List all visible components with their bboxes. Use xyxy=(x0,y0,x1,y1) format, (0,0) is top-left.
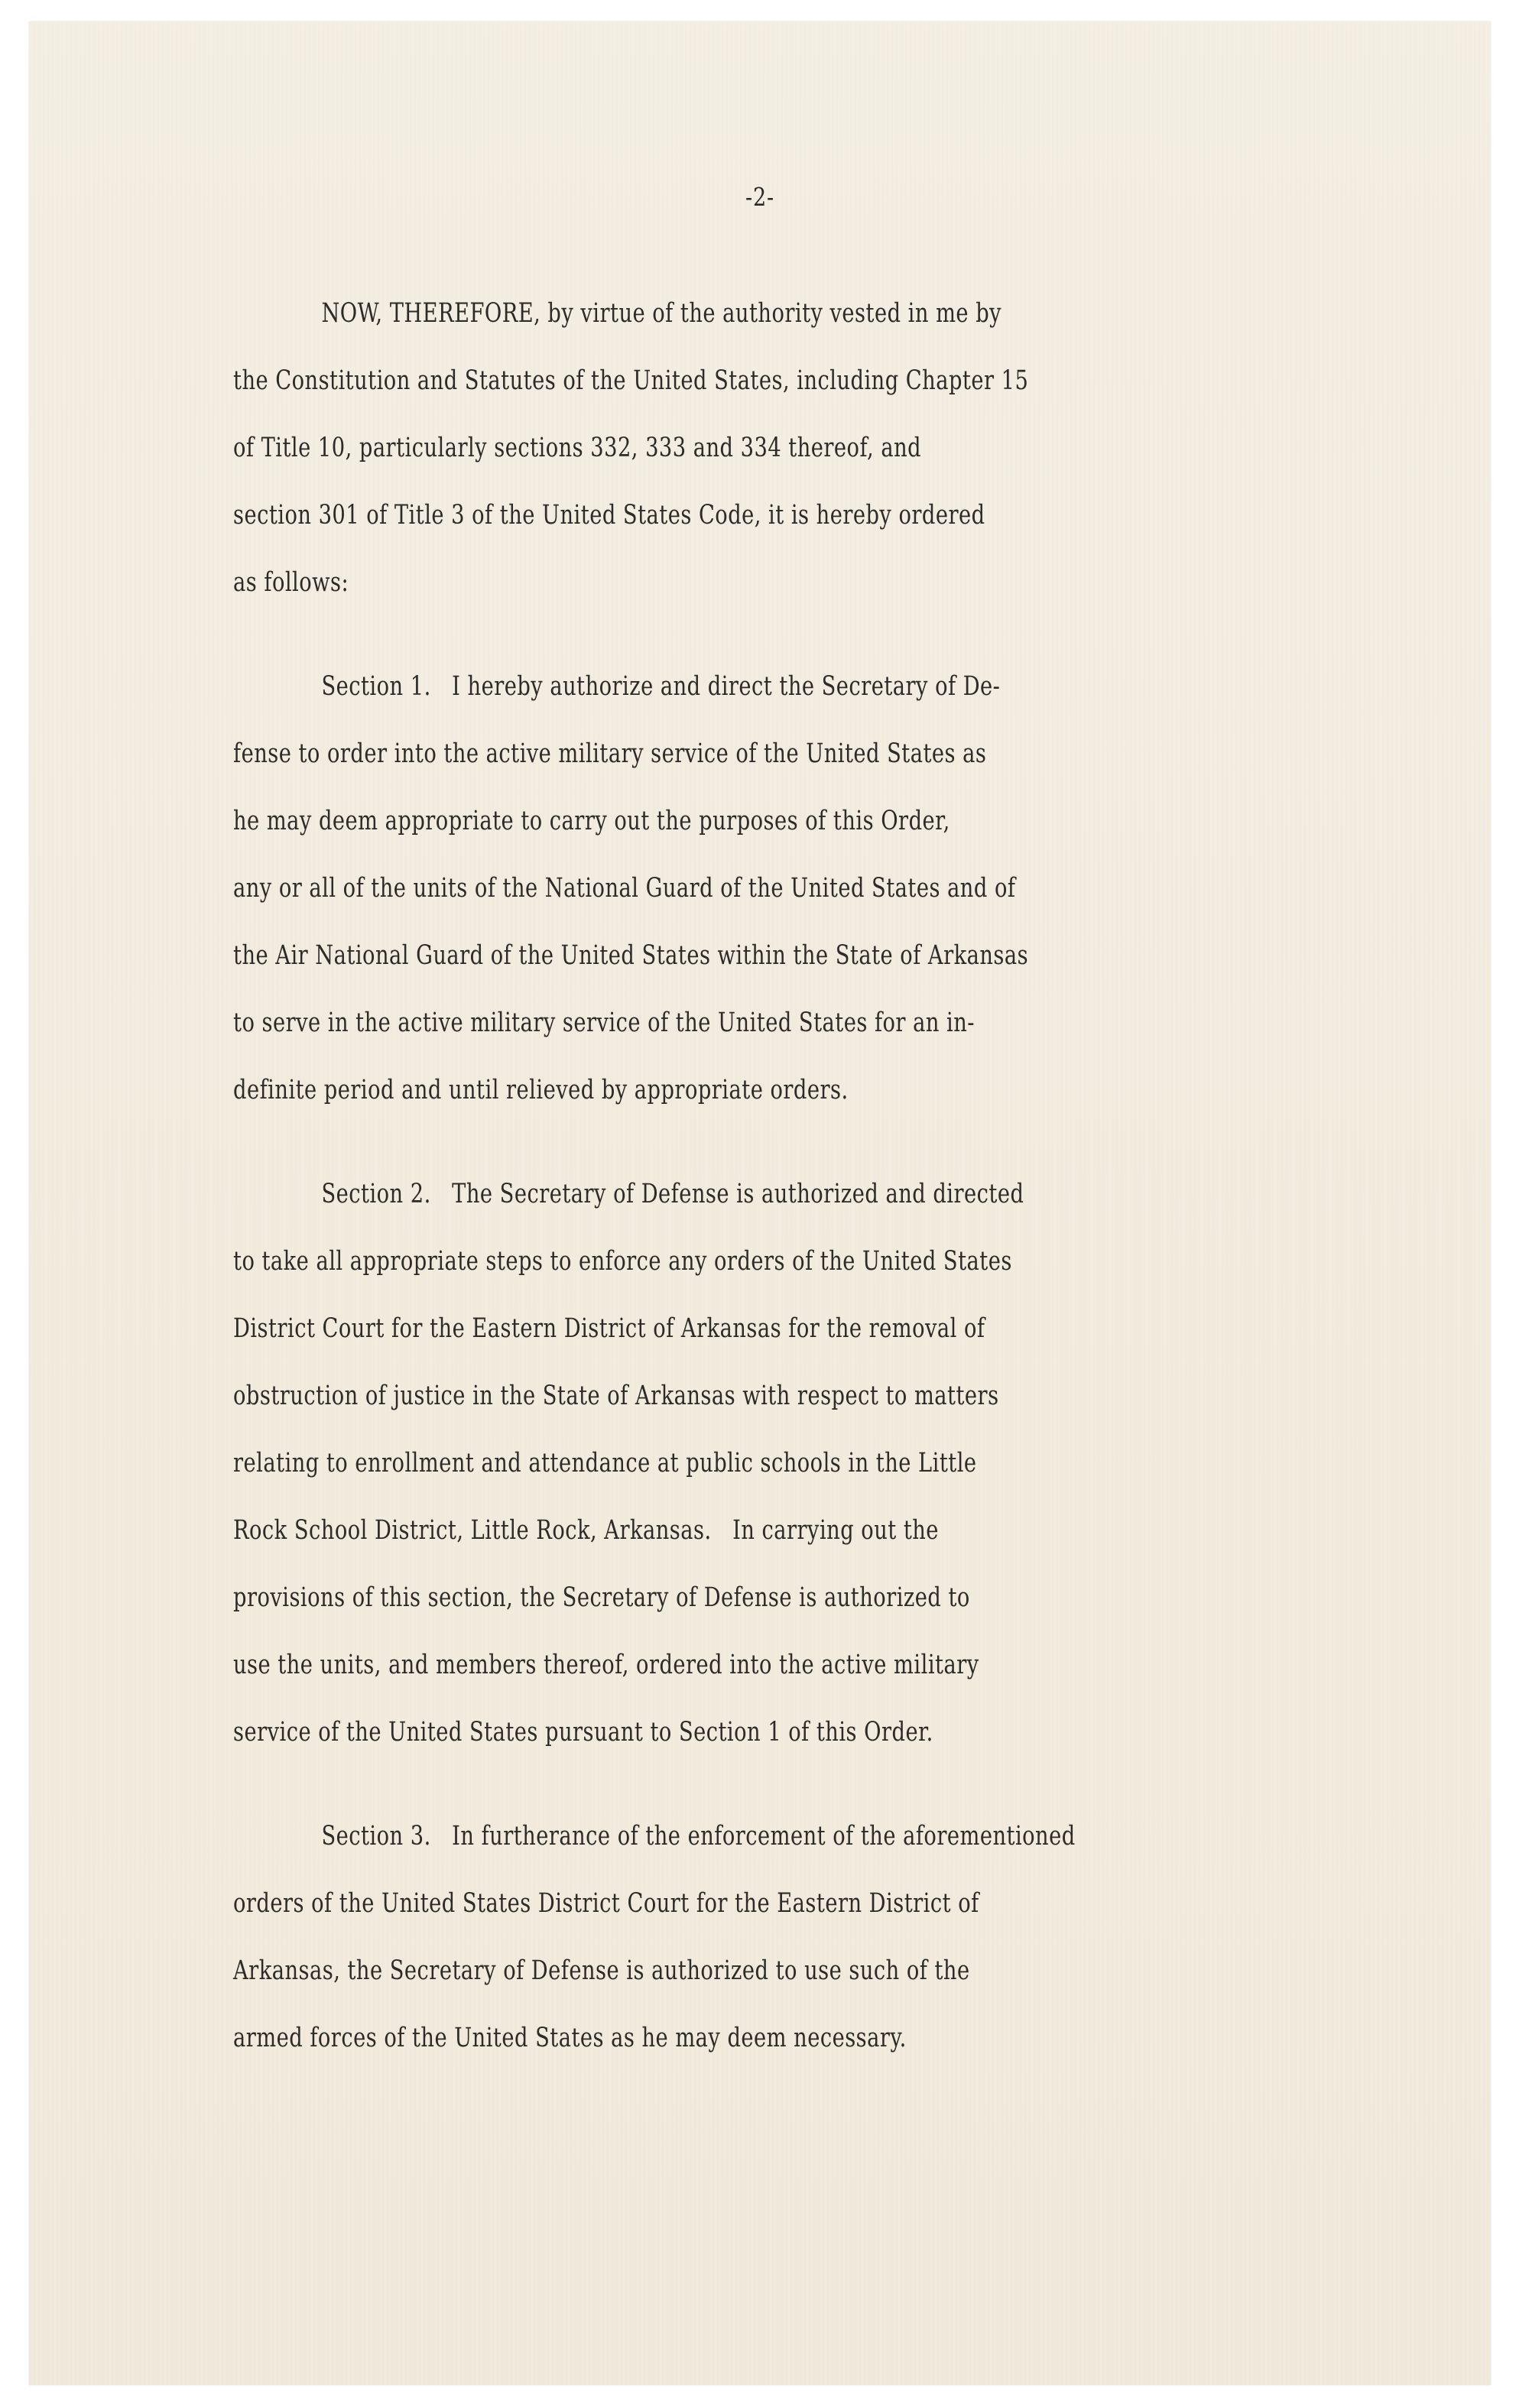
text-line: of Title 10, particularly sections 332, … xyxy=(233,414,1164,482)
page-number: -2- xyxy=(161,182,1359,212)
text-line: to take all appropriate steps to enforce… xyxy=(233,1228,1164,1295)
text-line: District Court for the Eastern District … xyxy=(233,1295,1164,1362)
paragraph-preamble: NOW, THEREFORE, by virtue of the authori… xyxy=(233,280,1426,616)
text-line: the Air National Guard of the United Sta… xyxy=(233,922,1164,989)
section-heading-line: Section 3. In furtherance of the enforce… xyxy=(233,1803,1164,1870)
text-line: he may deem appropriate to carry out the… xyxy=(233,787,1164,855)
document-page: -2- NOW, THEREFORE, by virtue of the aut… xyxy=(29,21,1491,2385)
text-line: fense to order into the active military … xyxy=(233,720,1164,787)
text-line: Rock School District, Little Rock, Arkan… xyxy=(233,1497,1164,1564)
text-line: as follows: xyxy=(233,549,1164,616)
section-heading-line: Section 2. The Secretary of Defense is a… xyxy=(233,1160,1164,1228)
section-heading-line: Section 1. I hereby authorize and direct… xyxy=(233,653,1164,720)
text-line: any or all of the units of the National … xyxy=(233,855,1164,922)
text-line: relating to enrollment and attendance at… xyxy=(233,1430,1164,1497)
text-line: obstruction of justice in the State of A… xyxy=(233,1362,1164,1430)
text-line: service of the United States pursuant to… xyxy=(233,1699,1164,1766)
paragraph-section-2: Section 2. The Secretary of Defense is a… xyxy=(233,1160,1426,1766)
text-line: section 301 of Title 3 of the United Sta… xyxy=(233,482,1164,549)
text-line: Arkansas, the Secretary of Defense is au… xyxy=(233,1937,1164,2004)
text-line: NOW, THEREFORE, by virtue of the authori… xyxy=(233,280,1164,347)
paragraph-section-1: Section 1. I hereby authorize and direct… xyxy=(233,653,1426,1124)
text-line: orders of the United States District Cou… xyxy=(233,1870,1164,1937)
paragraph-section-3: Section 3. In furtherance of the enforce… xyxy=(233,1803,1426,2072)
document-body: NOW, THEREFORE, by virtue of the authori… xyxy=(233,280,1426,2108)
text-line: the Constitution and Statutes of the Uni… xyxy=(233,347,1164,414)
text-line: armed forces of the United States as he … xyxy=(233,2004,1164,2072)
text-line: to serve in the active military service … xyxy=(233,989,1164,1056)
text-line: definite period and until relieved by ap… xyxy=(233,1056,1164,1124)
text-line: use the units, and members thereof, orde… xyxy=(233,1631,1164,1699)
text-line: provisions of this section, the Secretar… xyxy=(233,1564,1164,1631)
